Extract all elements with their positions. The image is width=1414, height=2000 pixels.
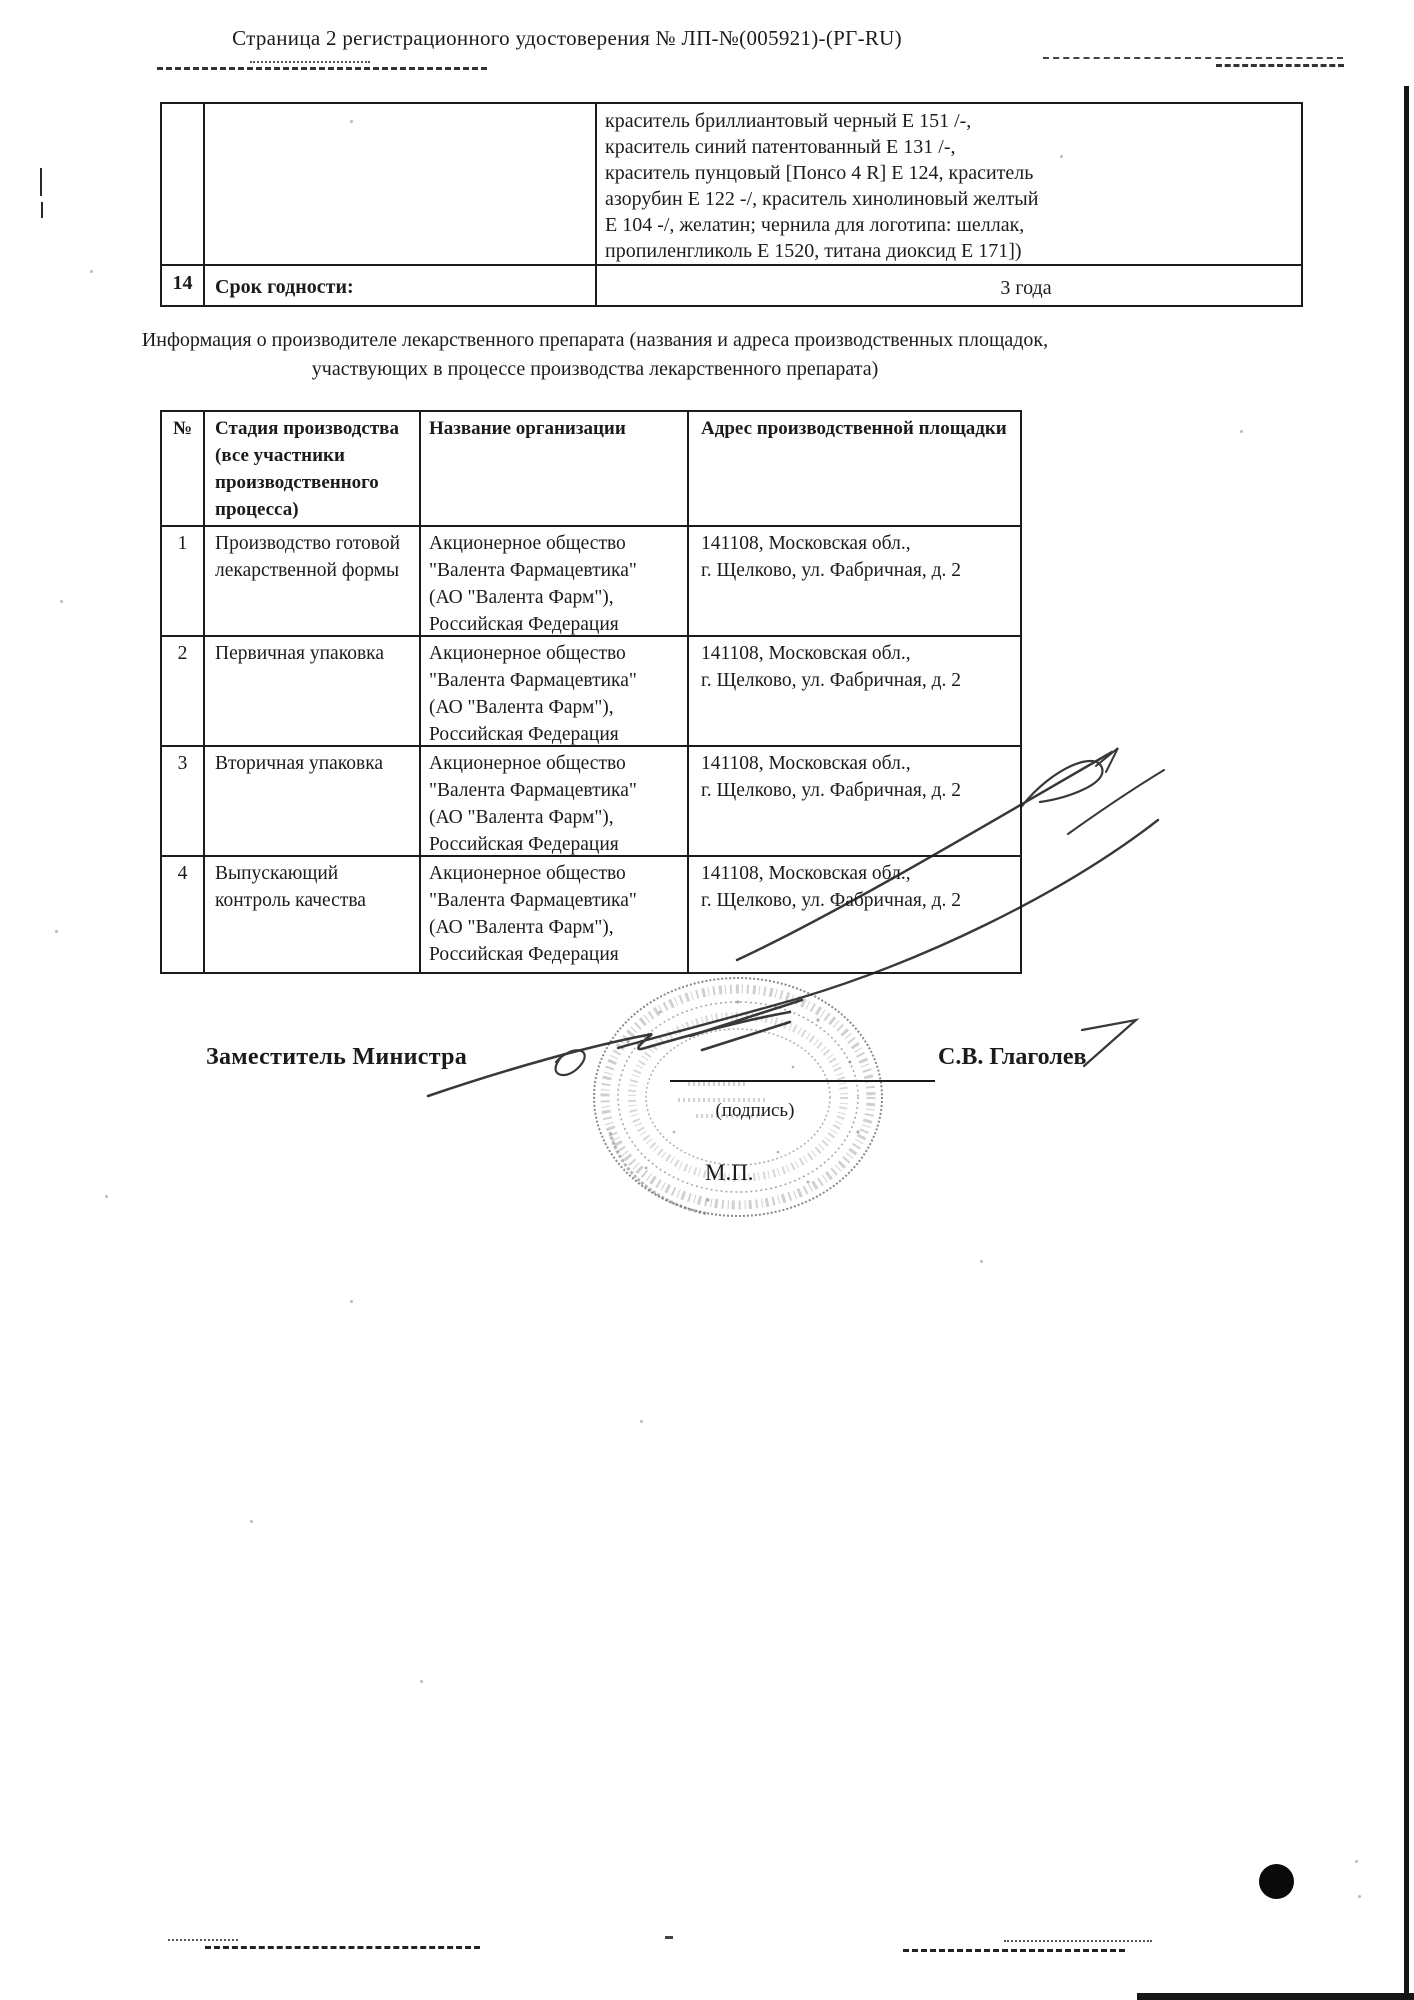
table-row-num: 2 [162, 637, 205, 747]
scan-artifact [1004, 1940, 1152, 1942]
scan-edge-right [1404, 86, 1409, 2000]
page-title: Страница 2 регистрационного удостоверени… [0, 26, 1134, 51]
scan-artifact [665, 1936, 673, 1939]
table-row-org: Акционерное общество "Валента Фармацевти… [421, 527, 689, 637]
scan-artifact [1216, 64, 1344, 67]
table-row-stage: Выпускающий контроль качества [205, 857, 421, 972]
scan-speck [640, 1420, 643, 1423]
black-dot-mark [1259, 1864, 1294, 1899]
scan-speck [1060, 155, 1063, 158]
scan-artifact [250, 61, 370, 63]
shelf-life-value: 3 года [597, 264, 1301, 305]
scan-speck [90, 270, 93, 273]
scan-speck [350, 1300, 353, 1303]
column-header-address: Адрес производственной площадки [689, 412, 1020, 527]
scan-speck [350, 120, 353, 123]
table-row-stage: Первичная упаковка [205, 637, 421, 747]
composition-table-continued: краситель бриллиантовый черный Е 151 /-,… [160, 102, 1303, 307]
table-row-stage: Производство готовой лекарственной формы [205, 527, 421, 637]
scan-speck [420, 1680, 423, 1683]
scan-speck [1358, 1895, 1361, 1898]
table-row-stage: Вторичная упаковка [205, 747, 421, 857]
column-header-num: № [162, 412, 205, 527]
seal-place-label: М.П. [705, 1160, 754, 1186]
scan-speck [60, 600, 63, 603]
scan-speck [1355, 1860, 1358, 1863]
scan-speck [250, 1520, 253, 1523]
table-row-num: 3 [162, 747, 205, 857]
signature-caption: (подпись) [690, 1100, 820, 1122]
scan-artifact [205, 1946, 480, 1949]
scan-speck [1240, 430, 1243, 433]
scan-artifact [168, 1939, 238, 1941]
signature-scribble [400, 720, 1180, 1140]
scanned-document-page: Страница 2 регистрационного удостоверени… [0, 0, 1414, 2000]
table-row-num: 1 [162, 527, 205, 637]
column-header-stage: Стадия производства (все участники произ… [205, 412, 421, 527]
scan-speck [105, 1195, 108, 1198]
scan-artifact [157, 67, 487, 70]
table-row-num: 4 [162, 857, 205, 972]
scan-edge-bottom [1137, 1993, 1414, 2000]
scan-speck [980, 1260, 983, 1263]
manufacturer-info-paragraph: Информация о производителе лекарственног… [20, 326, 1170, 384]
scan-speck [55, 930, 58, 933]
scan-speck [470, 790, 473, 793]
signature-line [670, 1080, 935, 1082]
table-row-address: 141108, Московская обл., г. Щелково, ул.… [689, 527, 1020, 637]
composition-text-cell: краситель бриллиантовый черный Е 151 /-,… [597, 104, 1301, 264]
signatory-name: С.В. Глаголев [938, 1044, 1086, 1071]
shelf-life-label: Срок годности: [205, 264, 597, 305]
signatory-title: Заместитель Министра [206, 1044, 467, 1071]
empty-cell [205, 104, 597, 264]
scan-artifact [40, 168, 42, 196]
scan-artifact [41, 202, 43, 218]
scan-artifact [1043, 57, 1343, 59]
scan-artifact [903, 1949, 1125, 1952]
row-number-cell: 14 [162, 264, 205, 305]
empty-cell [162, 104, 205, 264]
column-header-org: Название организации [421, 412, 689, 527]
